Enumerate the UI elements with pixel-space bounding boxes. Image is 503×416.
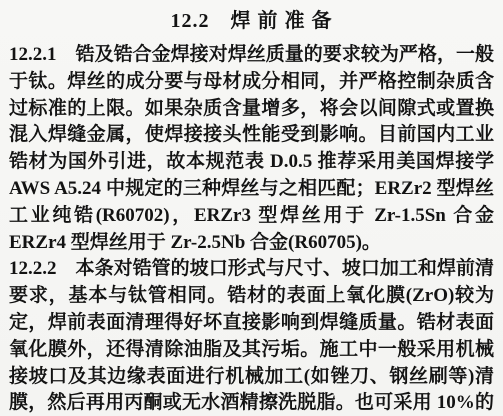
- section-title: 12.2 焊 前 准 备: [9, 9, 494, 33]
- text-line: ERZr4 型焊丝用于 Zr-2.5Nb 合金(R60705)。: [9, 230, 494, 257]
- text-line: 混入焊缝金属，使焊接接头性能受到影响。目前国内工业使用的: [9, 122, 494, 149]
- document-page: 12.2 焊 前 准 备 12.2.1 锆及锆合金焊接对焊丝质量的要求较为严格，…: [0, 0, 503, 416]
- text-line: 接坡口及其边缘表面进行机械加工(如锉刀、钢丝刷等)清除氧化: [9, 364, 494, 391]
- paragraph-12.2.1: 12.2.1 锆及锆合金焊接对焊丝质量的要求较为严格，一般均严于钛。焊丝的成分要…: [9, 42, 494, 256]
- text-line: 要求，基本与钛管相同。锆材的表面上氧化膜(ZrO)较为致密稳: [9, 283, 494, 310]
- text-line: 锆材为国外引进，故本规范表 D.0.5 推荐采用美国焊接学会标准: [9, 149, 494, 176]
- text-line: AWS A5.24 中规定的三种焊丝与之相匹配；ERZr2 型焊丝用于: [9, 176, 494, 203]
- text-line: 12.2.1 锆及锆合金焊接对焊丝质量的要求较为严格，一般均严: [9, 42, 494, 69]
- text-line: 工业纯锆(R60702)，ERZr3 型焊丝用于 Zr-1.5Sn 合金(R60…: [9, 203, 494, 230]
- text-line: 氧化膜外，还得清除油脂及其污垢。施工中一般采用机械法对焊: [9, 337, 494, 364]
- text-line: 膜，然后再用丙酮或无水酒精擦洗脱脂。也可采用 10%的氢氧化: [9, 390, 494, 416]
- text-line: 12.2.2 本条对锆管的坡口形式与尺寸、坡口加工和焊前清理的: [9, 256, 494, 283]
- paragraph-12.2.2: 12.2.2 本条对锆管的坡口形式与尺寸、坡口加工和焊前清理的要求，基本与钛管相…: [9, 256, 494, 416]
- text-line: 过标准的上限。如果杂质含量增多，将会以间隙式或置换式固溶: [9, 96, 494, 123]
- text-line: 于钛。焊丝的成分要与母材成分相同，并严格控制杂质含量不超: [9, 69, 494, 96]
- text-line: 定，焊前表面清理得好坏直接影响到焊缝质量。锆材表面除清除: [9, 310, 494, 337]
- paragraphs: 12.2.1 锆及锆合金焊接对焊丝质量的要求较为严格，一般均严于钛。焊丝的成分要…: [9, 42, 494, 416]
